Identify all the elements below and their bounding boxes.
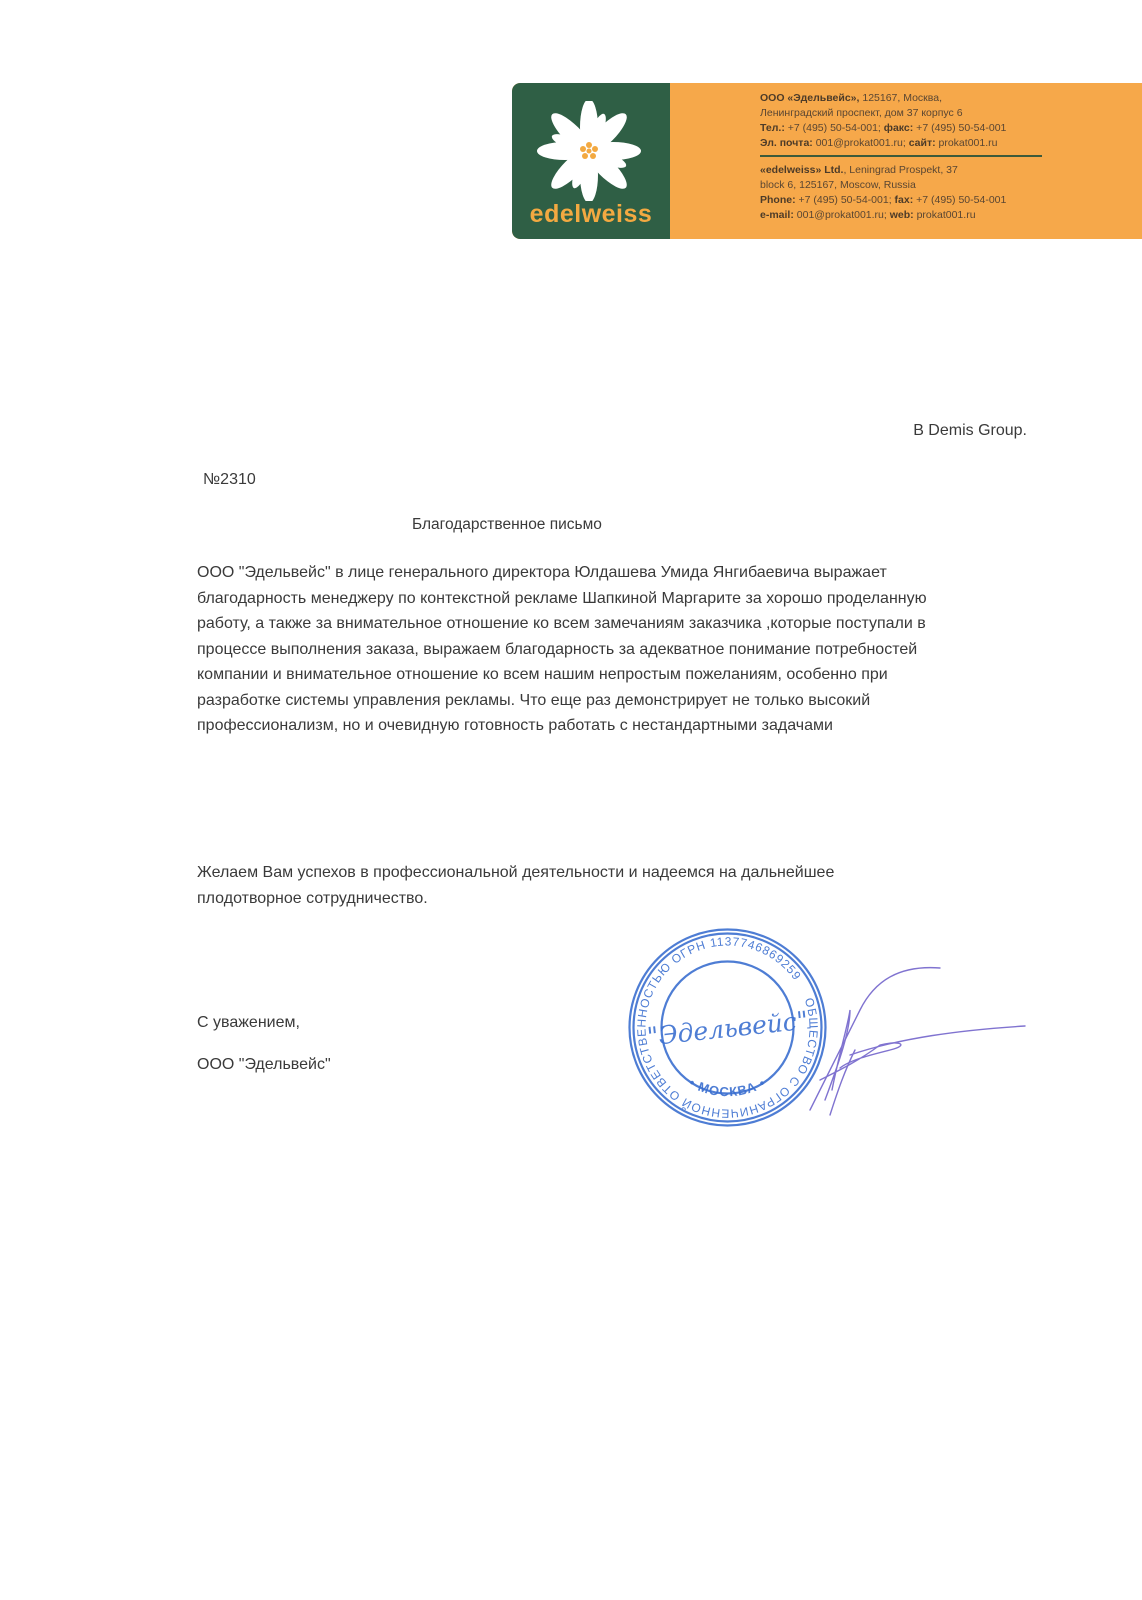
- contact-block: ООО «Эдельвейс», 125167, Москва, Ленингр…: [760, 91, 1130, 223]
- ru-email-line: Эл. почта: 001@prokat001.ru; сайт: proka…: [760, 136, 1130, 151]
- body-line: разработке системы управления рекламы. Ч…: [197, 688, 927, 714]
- svg-text:• МОСКВА •: • МОСКВА •: [687, 1075, 769, 1100]
- closing-paragraph: Желаем Вам успехов в профессиональной де…: [197, 860, 834, 911]
- ru-address-line-1: ООО «Эдельвейс», 125167, Москва,: [760, 91, 1130, 106]
- edelweiss-flower-icon: [534, 101, 644, 201]
- en-address-line-1: «edelweiss» Ltd., Leningrad Prospekt, 37: [760, 163, 1130, 178]
- stamp-center-text: "Эдельвейс": [646, 1006, 810, 1052]
- body-line: благодарность менеджеру по контекстной р…: [197, 586, 927, 612]
- regards: С уважением,: [197, 1014, 300, 1032]
- ru-address-line-2: Ленинградский проспект, дом 37 корпус 6: [760, 106, 1130, 121]
- letter-body: ООО "Эдельвейс" в лице генерального дире…: [197, 560, 927, 739]
- recipient: В Demis Group.: [913, 422, 1027, 440]
- body-line: профессионализм, но и очевидную готовнос…: [197, 713, 927, 739]
- company-logo: edelweiss: [512, 83, 670, 239]
- body-line: работу, а также за внимательное отношени…: [197, 611, 927, 637]
- body-line: процессе выполнения заказа, выражаем бла…: [197, 637, 927, 663]
- letter-number: №2310: [203, 471, 256, 489]
- closing-line: плодотворное сотрудничество.: [197, 886, 834, 912]
- body-line: компании и внимательное отношение ко все…: [197, 662, 927, 688]
- en-address-line-2: block 6, 125167, Moscow, Russia: [760, 178, 1130, 193]
- logo-wordmark: edelweiss: [512, 200, 670, 229]
- body-line: ООО "Эдельвейс" в лице генерального дире…: [197, 560, 927, 586]
- letterhead: edelweiss ООО «Эдельвейс», 125167, Москв…: [512, 83, 1142, 239]
- contact-divider: [760, 155, 1042, 157]
- en-phone-line: Phone: +7 (495) 50-54-001; fax: +7 (495)…: [760, 193, 1130, 208]
- letter-title: Благодарственное письмо: [412, 516, 602, 534]
- closing-line: Желаем Вам успехов в профессиональной де…: [197, 860, 834, 886]
- en-email-line: e-mail: 001@prokat001.ru; web: prokat001…: [760, 208, 1130, 223]
- ru-phone-line: Тел.: +7 (495) 50-54-001; факс: +7 (495)…: [760, 121, 1130, 136]
- signature: [790, 950, 1040, 1120]
- signer: ООО "Эдельвейс": [197, 1056, 331, 1074]
